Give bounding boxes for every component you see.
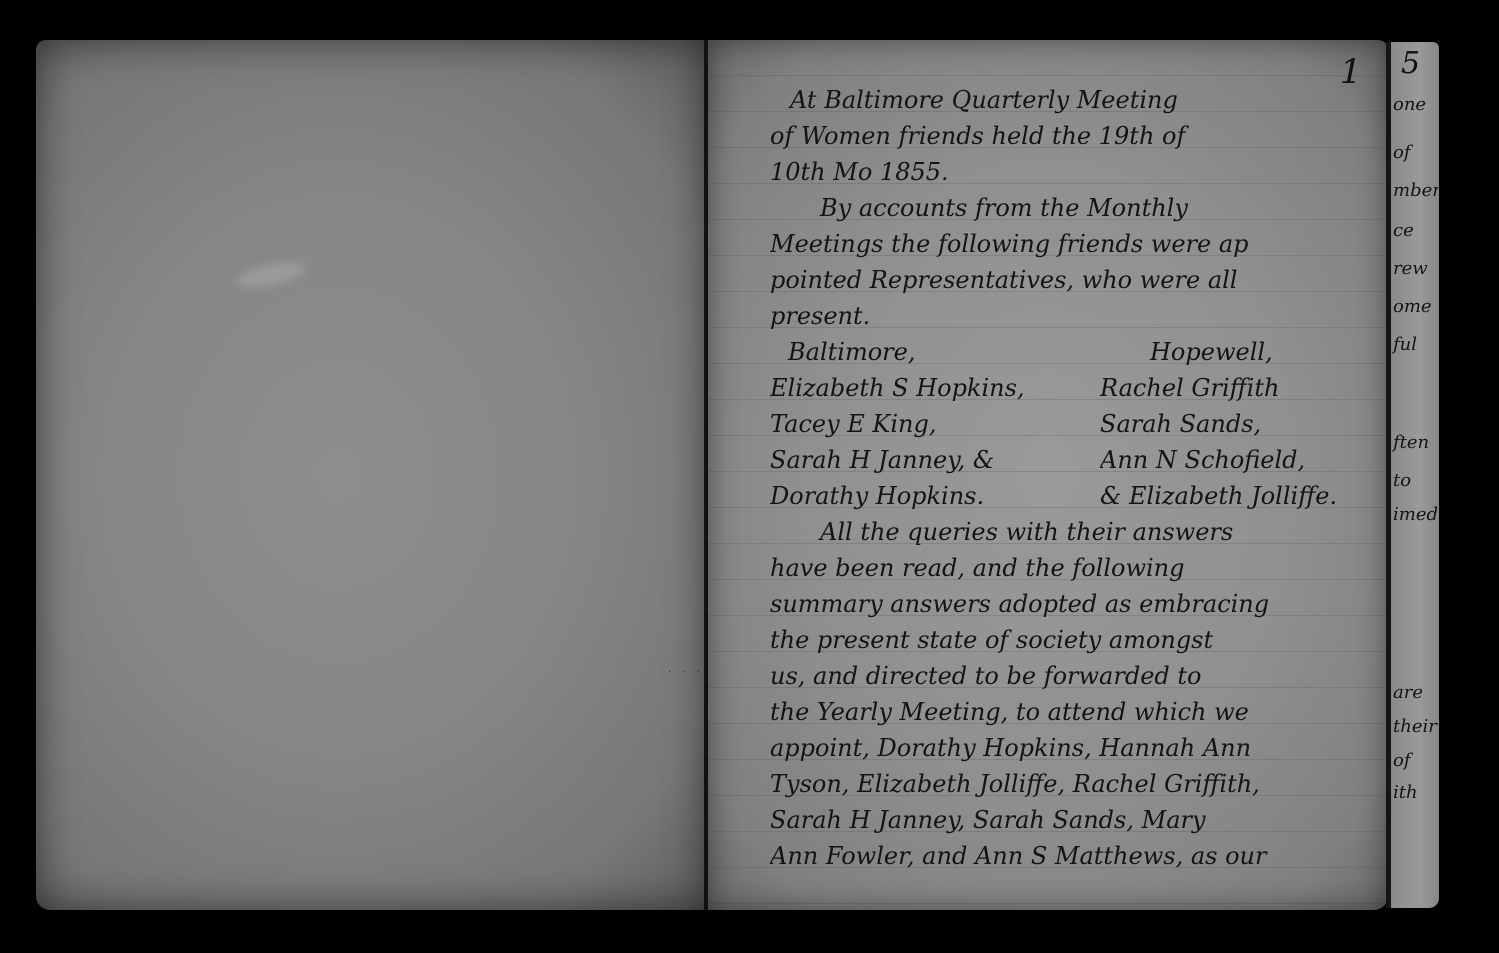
strip-text-fragment: of (1393, 750, 1411, 771)
body-line: appoint, Dorathy Hopkins, Hannah Ann (770, 730, 1380, 766)
strip-text-fragment: their (1393, 716, 1437, 737)
body-line: the Yearly Meeting, to attend which we (770, 694, 1380, 730)
strip-text-fragment: ith (1393, 782, 1418, 803)
strip-text-fragment: rew (1393, 258, 1428, 279)
strip-text-fragment: ful (1393, 334, 1417, 355)
strip-text-fragment: are (1393, 682, 1423, 703)
representative-name: Tacey E King, (770, 406, 1100, 442)
intro-line: By accounts from the Monthly (770, 190, 1380, 226)
representative-name: & Elizabeth Jolliffe. (1100, 478, 1380, 514)
hopewell-heading: Hopewell, (1100, 334, 1380, 370)
intro-line: present. (770, 298, 1380, 334)
representatives-list: Baltimore, Hopewell, Elizabeth S Hopkins… (770, 334, 1380, 514)
body-line: the present state of society amongst (770, 622, 1380, 658)
handwritten-text: At Baltimore Quarterly Meeting of Women … (770, 82, 1380, 874)
strip-text-fragment: ften (1393, 432, 1429, 453)
representative-name: Rachel Griffith (1100, 370, 1380, 406)
baltimore-heading: Baltimore, (770, 334, 1100, 370)
strip-text-fragment: of (1393, 142, 1411, 163)
representative-name: Ann N Schofield, (1100, 442, 1380, 478)
body-line: summary answers adopted as embracing (770, 586, 1380, 622)
intro-line: pointed Representatives, who were all (770, 262, 1380, 298)
body-line: Tyson, Elizabeth Jolliffe, Rachel Griffi… (770, 766, 1380, 802)
strip-text-fragment: mber (1393, 180, 1439, 201)
body-line: Ann Fowler, and Ann S Matthews, as our (770, 838, 1380, 874)
body-line: Sarah H Janney, Sarah Sands, Mary (770, 802, 1380, 838)
next-page-edge: 5 oneofmbercerewomefulftentoimedaretheir… (1391, 42, 1439, 908)
representative-name: Elizabeth S Hopkins, (770, 370, 1100, 406)
strip-text-fragment: ome (1393, 296, 1432, 317)
strip-text-fragment: to (1393, 470, 1411, 491)
representative-name: Dorathy Hopkins. (770, 478, 1100, 514)
document-scan: · · · 1 At Baltimore Quarterly Meeting o… (0, 0, 1499, 953)
left-page-blank: · · · (36, 40, 708, 910)
representative-name: Sarah Sands, (1100, 406, 1380, 442)
next-page-number: 5 (1401, 46, 1420, 81)
strip-text-fragment: imed (1393, 504, 1438, 525)
heading-line: of Women friends held the 19th of (770, 118, 1380, 154)
body-line: us, and directed to be forwarded to (770, 658, 1380, 694)
paper-smudge (235, 258, 308, 292)
ink-specks: · · · (668, 667, 704, 678)
intro-line: Meetings the following friends were ap (770, 226, 1380, 262)
body-line: All the queries with their answers (770, 514, 1380, 550)
strip-text-fragment: ce (1393, 220, 1414, 241)
right-page-minutes: 1 At Baltimore Quarterly Meeting of Wome… (708, 40, 1388, 910)
heading-line: At Baltimore Quarterly Meeting (770, 82, 1380, 118)
body-line: have been read, and the following (770, 550, 1380, 586)
heading-line: 10th Mo 1855. (770, 154, 1380, 190)
representative-name: Sarah H Janney, & (770, 442, 1100, 478)
strip-text-fragment: one (1393, 94, 1426, 115)
